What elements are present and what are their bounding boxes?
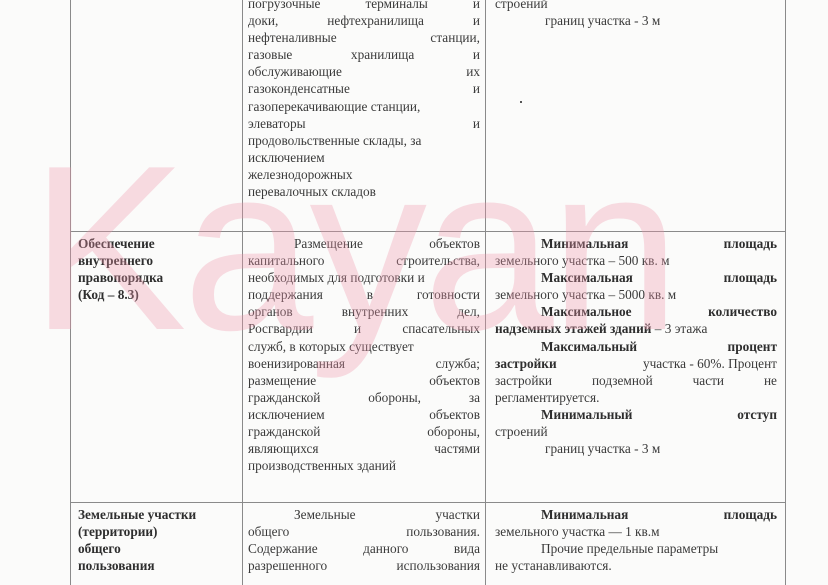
row3-name: Земельные участки (территории) общего по… [78,506,238,574]
setback-text: строений [495,0,777,12]
table-divider-col1 [242,0,243,585]
row2-name-line: (Код – 8.3) [78,286,238,303]
underground-text: застройкиподземнойчастине [495,372,777,389]
description-line: доки,нефтехранилищаи [248,12,480,29]
other-params: Прочие предельные параметры [495,540,777,557]
max-percent-value: застройкиучастка - 60%. Процент [495,355,777,372]
row3-name-line: общего [78,540,238,557]
min-area-label: Минимальнаяплощадь [495,506,777,523]
description-line: являющихсячастями [248,440,480,457]
min-setback-text-2: границ участка - 3 м [495,440,777,457]
description-line: необходимых для подготовки и [248,269,480,286]
row1-description: погрузочныетерминалыидоки,нефтехранилища… [248,0,480,200]
description-line: железнодорожных [248,166,480,183]
table-divider-col2 [485,0,486,585]
row-divider-2 [70,502,786,503]
min-area-value: земельного участка – 500 кв. м [495,252,777,269]
max-percent-label-2: застройки [495,355,557,372]
underground-text-2: регламентируется. [495,389,777,406]
min-area-value: земельного участка — 1 кв.м [495,523,777,540]
description-line: газоконденсатныеи [248,80,480,97]
row3-params: Минимальнаяплощадь земельного участка — … [495,506,777,574]
table-border-right [785,0,786,585]
description-line: разрешенногоиспользования [248,557,480,574]
description-line: газовыехранилищаи [248,46,480,63]
description-line: производственных зданий [248,457,480,474]
min-setback-label: Минимальныйотступ [495,406,777,423]
description-line: общегопользования. [248,523,480,540]
document-page: Kayan погрузочныетерминалыидоки,нефтехра… [0,0,828,585]
description-line: обслуживающиеих [248,63,480,80]
description-line: органоввнутреннихдел, [248,303,480,320]
row-divider-1 [70,231,786,232]
description-line: перевалочных складов [248,183,480,200]
description-line: служб, в которых существует [248,338,480,355]
max-percent-label: Максимальныйпроцент [495,338,777,355]
row3-description: Земельныеучасткиобщегопользования.Содерж… [248,506,480,574]
description-line: Земельныеучастки [248,506,480,523]
description-line: нефтеналивныестанции, [248,29,480,46]
other-params-2: не устанавливаются. [495,557,777,574]
row3-name-line: (территории) [78,523,238,540]
description-line: газоперекачивающие станции, [248,98,480,115]
row3-name-line: пользования [78,557,238,574]
row2-params: Минимальнаяплощадь земельного участка – … [495,235,777,457]
row1-params: строений границ участка - 3 м [495,0,777,29]
row2-name-line: внутреннего [78,252,238,269]
description-line: исключением [248,149,480,166]
description-line: элеваторыи [248,115,480,132]
min-setback-text: строений [495,423,777,440]
max-floors-label: Максимальноеколичество [495,303,777,320]
description-line: поддержаниявготовности [248,286,480,303]
row2-name-line: Обеспечение [78,235,238,252]
row2-name-line: правопорядка [78,269,238,286]
description-line: продовольственные склады, за [248,132,480,149]
setback-text-2: границ участка - 3 м [495,12,777,29]
max-area-label: Максимальнаяплощадь [495,269,777,286]
description-line: Росгвардиииспасательных [248,320,480,337]
max-floors-number: – 3 этажа [651,321,707,336]
description-line: погрузочныетерминалыи [248,0,480,12]
description-line: исключениемобъектов [248,406,480,423]
min-area-label: Минимальнаяплощадь [495,235,777,252]
row3-name-line: Земельные участки [78,506,238,523]
stray-mark [520,101,522,103]
description-line: гражданскойобороны,за [248,389,480,406]
max-floors-value: надземных этажей зданий – 3 этажа [495,320,777,337]
row2-description: Размещениеобъектовкапитальногостроительс… [248,235,480,474]
description-line: Содержаниеданноговида [248,540,480,557]
table-border-left [70,0,71,585]
description-line: капитальногостроительства, [248,252,480,269]
description-line: военизированнаяслужба; [248,355,480,372]
description-line: гражданскойобороны, [248,423,480,440]
max-area-value: земельного участка – 5000 кв. м [495,286,777,303]
description-line: Размещениеобъектов [248,235,480,252]
row2-name: Обеспечение внутреннего правопорядка (Ко… [78,235,238,303]
description-line: размещениеобъектов [248,372,480,389]
max-floors-label-2: надземных этажей зданий [495,321,651,336]
